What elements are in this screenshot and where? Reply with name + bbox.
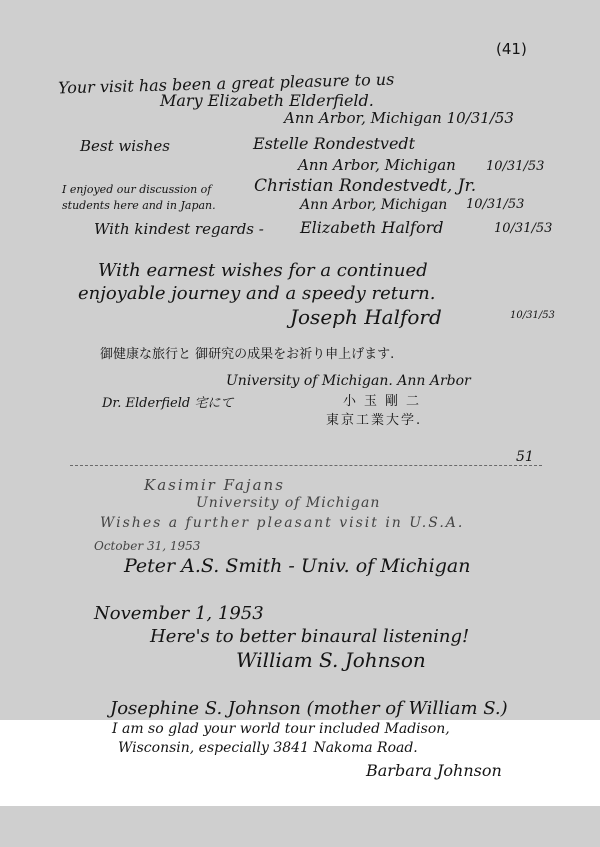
christian-date: 10/31/53	[466, 198, 524, 211]
fajans-date: October 31, 1953	[94, 540, 200, 552]
fajans-signature: Kasimir Fajans	[144, 478, 285, 493]
estelle-greeting: Best wishes	[80, 139, 170, 154]
japanese-line1: 御健康な旅行と 御研究の成果をお祈り申上げます.	[100, 348, 394, 361]
section-number: 51	[516, 450, 534, 464]
william-johnson-date: November 1, 1953	[94, 605, 264, 623]
barbara-johnson-line1: I am so glad your world tour included Ma…	[112, 722, 450, 736]
estelle-date: 10/31/53	[486, 160, 544, 173]
japanese-addressee: Dr. Elderfield 宅にて	[102, 397, 233, 410]
japanese-university: University of Michigan. Ann Arbor	[226, 374, 471, 388]
page-number: (41)	[496, 42, 527, 57]
estelle-place: Ann Arbor, Michigan	[298, 158, 456, 173]
william-johnson-message: Here's to better binaural listening!	[150, 628, 469, 646]
joseph-halford-line2: enjoyable journey and a speedy return.	[78, 285, 435, 303]
joseph-halford-line1: With earnest wishes for a continued	[98, 262, 428, 280]
elderfield-signature: Mary Elizabeth Elderfield.	[160, 93, 374, 109]
elizabeth-halford-signature: Elizabeth Halford	[300, 220, 443, 236]
joseph-halford-signature: Joseph Halford	[290, 307, 442, 327]
japanese-institution: 東京工業大学.	[326, 414, 422, 427]
christian-place: Ann Arbor, Michigan	[300, 198, 447, 212]
joseph-halford-date: 10/31/53	[510, 311, 555, 321]
elizabeth-halford-date: 10/31/53	[494, 222, 552, 235]
barbara-johnson-signature: Barbara Johnson	[366, 763, 502, 779]
christian-signature: Christian Rondestvedt, Jr.	[254, 178, 476, 195]
christian-note-line1: I enjoyed our discussion of	[62, 184, 211, 195]
estelle-signature: Estelle Rondestvedt	[253, 136, 415, 152]
smith-signature: Peter A.S. Smith - Univ. of Michigan	[124, 557, 470, 576]
josephine-johnson-signature: Josephine S. Johnson (mother of William …	[110, 700, 508, 718]
christian-note-line2: students here and in Japan.	[62, 200, 216, 211]
elizabeth-halford-greeting: With kindest regards -	[94, 222, 264, 237]
fajans-message: Wishes a further pleasant visit in U.S.A…	[100, 516, 464, 530]
fajans-affiliation: University of Michigan	[196, 496, 380, 510]
elderfield-place-date: Ann Arbor, Michigan 10/31/53	[284, 111, 514, 126]
japanese-name: 小玉剛二	[343, 395, 427, 408]
barbara-johnson-line2: Wisconsin, especially 3841 Nakoma Road.	[118, 741, 418, 755]
divider-line	[70, 465, 542, 466]
william-johnson-signature: William S. Johnson	[236, 650, 426, 670]
